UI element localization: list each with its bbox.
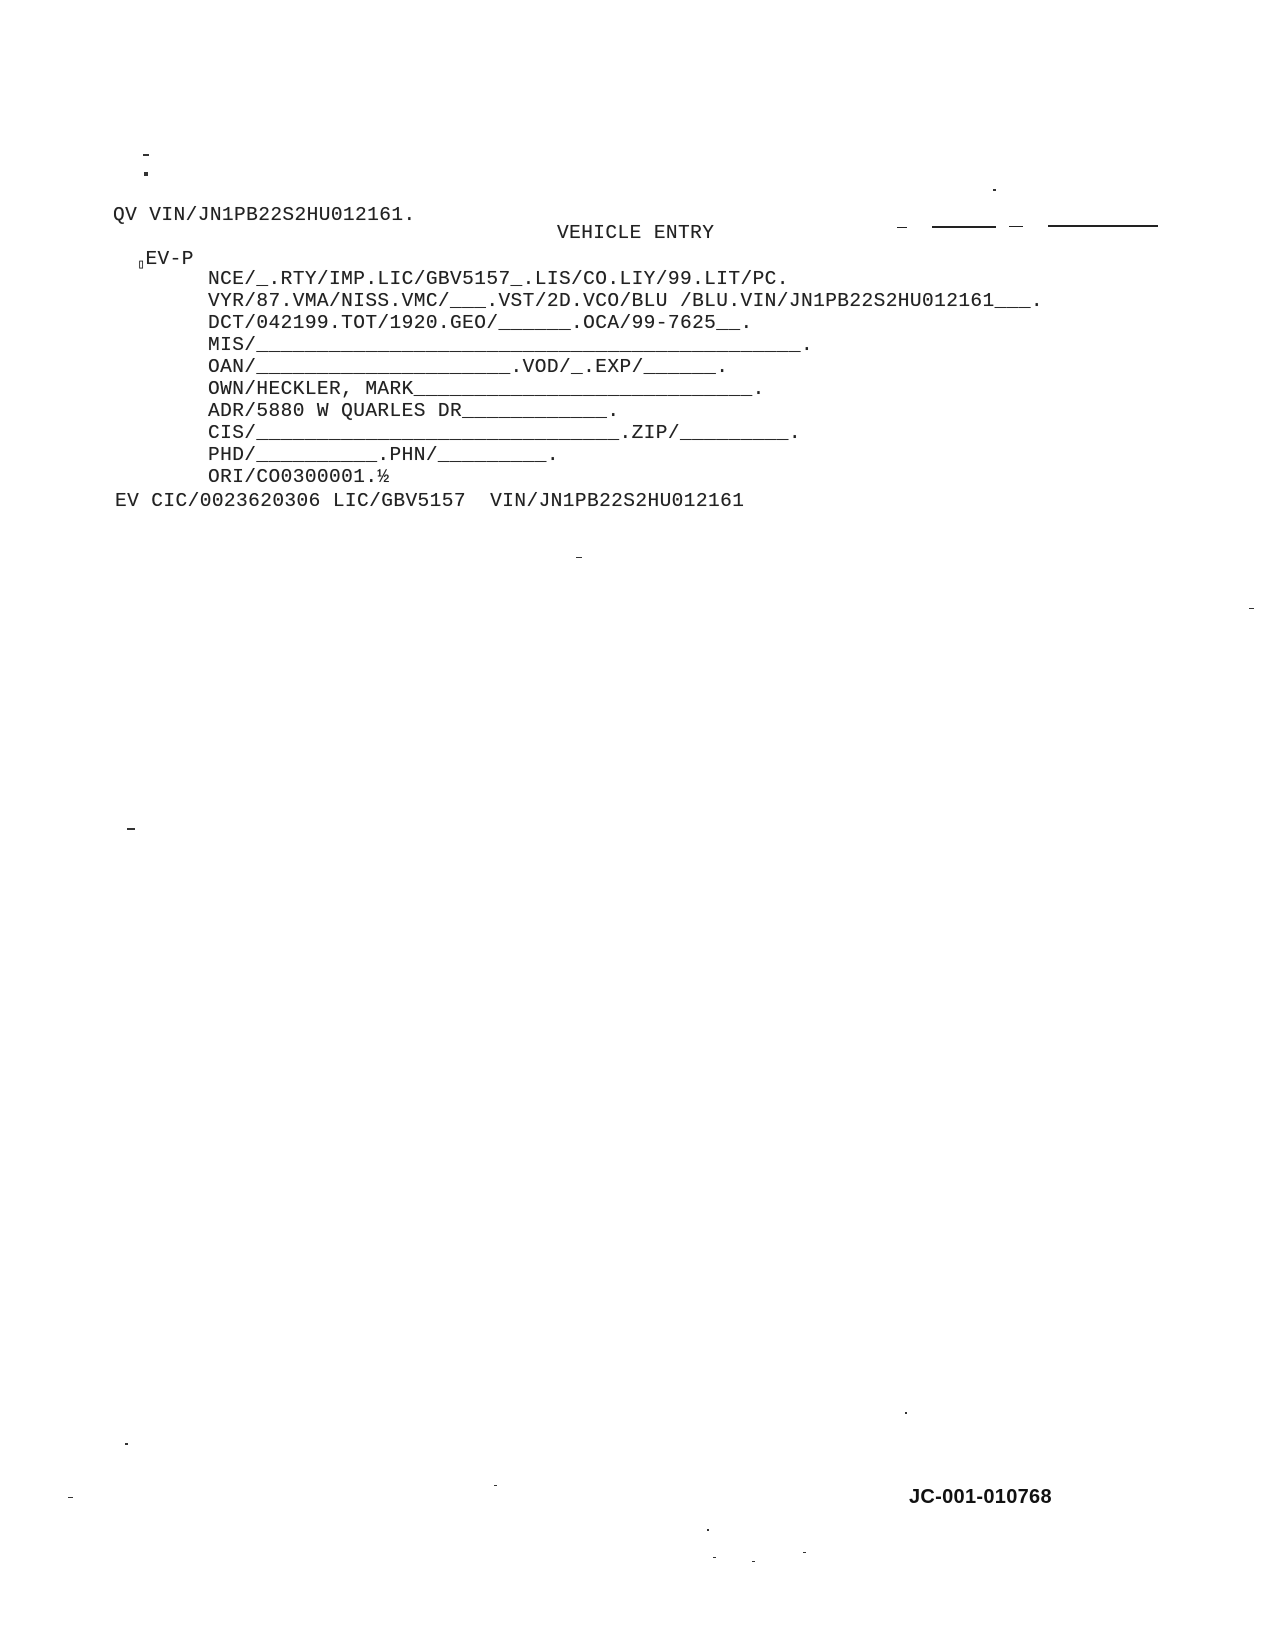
field-line-phd: PHD/__________.PHN/_________.: [208, 444, 559, 466]
scan-artifact: [494, 1485, 497, 1486]
scan-artifact: [68, 1497, 73, 1498]
margin-mark-icon: ▯: [137, 257, 145, 272]
bates-number: JC-001-010768: [909, 1486, 1052, 1509]
header-rule: [1009, 226, 1023, 227]
scan-artifact: [803, 1552, 806, 1553]
scan-artifact: [752, 1561, 755, 1562]
scan-artifact: [905, 1412, 907, 1414]
document-title: VEHICLE ENTRY: [557, 222, 714, 244]
confirmation-line: EV CIC/0023620306 LIC/GBV5157 VIN/JN1PB2…: [115, 490, 744, 512]
header-rule: [897, 227, 907, 228]
header-rule: [1048, 225, 1158, 227]
field-line-vyr: VYR/87.VMA/NISS.VMC/___.VST/2D.VCO/BLU /…: [208, 290, 1043, 312]
field-line-cis: CIS/______________________________.ZIP/_…: [208, 422, 801, 444]
scan-artifact: [127, 828, 135, 830]
field-line-mis: MIS/____________________________________…: [208, 334, 813, 356]
scan-artifact: [993, 189, 996, 191]
message-type: ▯EV-P: [113, 226, 194, 272]
field-line-nce: NCE/_.RTY/IMP.LIC/GBV5157_.LIS/CO.LIY/99…: [208, 268, 789, 290]
scan-artifact: [125, 1443, 128, 1445]
field-line-adr: ADR/5880 W QUARLES DR____________.: [208, 400, 619, 422]
scan-artifact: [713, 1557, 716, 1558]
scan-artifact: [1249, 608, 1254, 609]
field-line-dct: DCT/042199.TOT/1920.GEO/______.OCA/99-76…: [208, 312, 753, 334]
scan-artifact: [143, 154, 149, 156]
field-line-ori: ORI/CO0300001.½: [208, 466, 390, 488]
scan-artifact: [576, 557, 582, 558]
field-line-own: OWN/HECKLER, MARK_______________________…: [208, 378, 765, 400]
query-line: QV VIN/JN1PB22S2HU012161.: [113, 204, 416, 226]
message-type-label: EV-P: [145, 248, 193, 270]
header-rule: [932, 226, 996, 228]
field-line-oan: OAN/_____________________.VOD/_.EXP/____…: [208, 356, 728, 378]
scan-artifact: [707, 1529, 709, 1531]
scan-artifact: [144, 172, 148, 176]
